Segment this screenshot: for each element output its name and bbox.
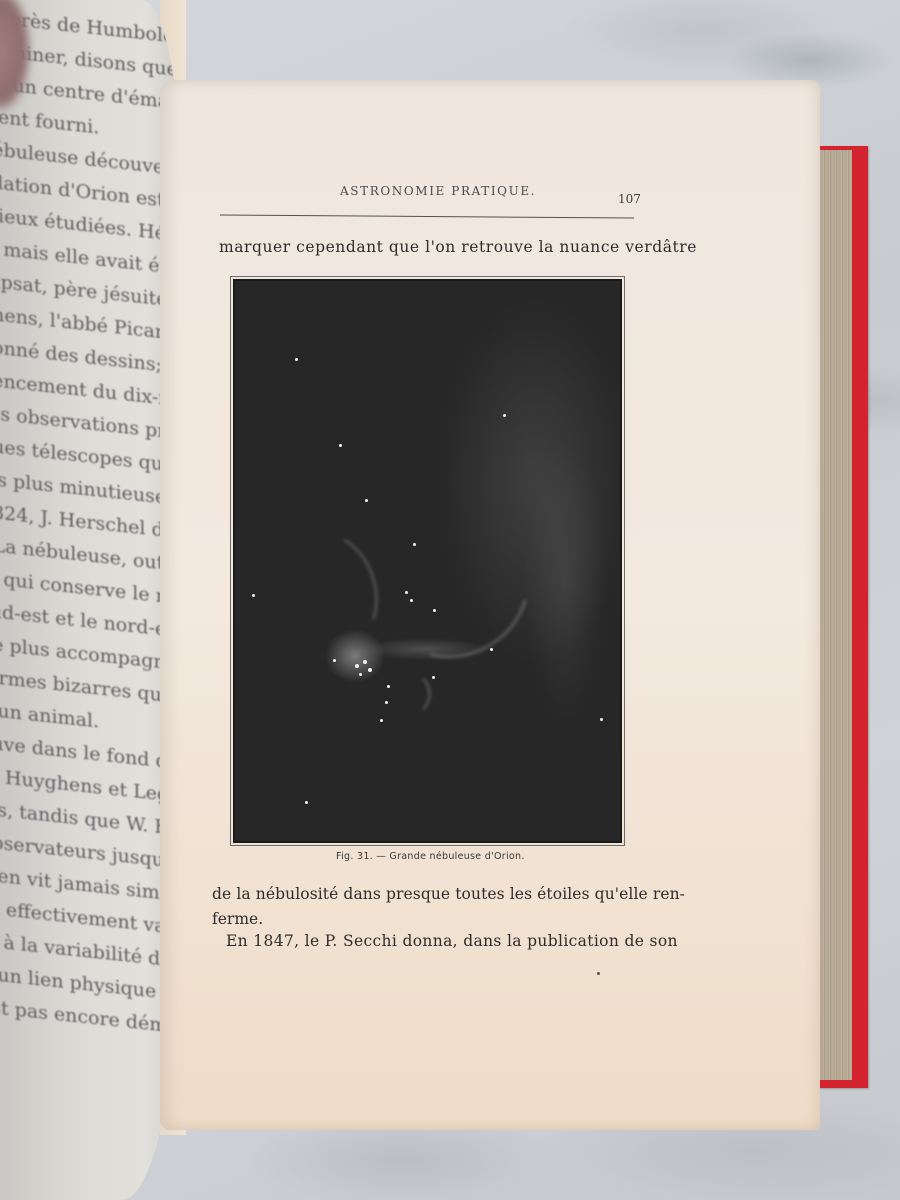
star [305,801,308,804]
star [359,673,362,676]
star [413,543,416,546]
body-line: de la nébulosité dans presque toutes les… [212,885,685,903]
star [252,594,255,597]
body-line: En 1847, le P. Secchi donna, dans la pub… [226,932,678,950]
body-line: marquer cependant que l'on retrouve la n… [219,238,697,256]
star [503,414,506,417]
star [433,609,436,612]
star [295,358,298,361]
star [365,499,368,502]
star [432,676,435,679]
star [368,668,372,672]
orion-nebula-figure [233,279,622,843]
star [380,719,383,722]
left-page-text: d'après de Humboldt, est l'terminer, dis… [0,0,180,1044]
star [355,664,359,668]
running-head: ASTRONOMIE PRATIQUE. [340,184,536,198]
figure-caption: Fig. 31. — Grande nébuleuse d'Orion. [336,851,525,862]
star [339,444,342,447]
star [405,591,408,594]
star [490,648,493,651]
star [387,685,390,688]
star [333,659,336,662]
star [385,701,388,704]
star [600,718,603,721]
paper-speck [597,972,600,975]
page-number: 107 [618,192,641,206]
star [410,599,413,602]
left-page: d'après de Humboldt, est l'terminer, dis… [0,0,182,1200]
body-line: ferme. [212,910,263,928]
nebula-wisp [385,671,431,717]
star [363,660,367,664]
